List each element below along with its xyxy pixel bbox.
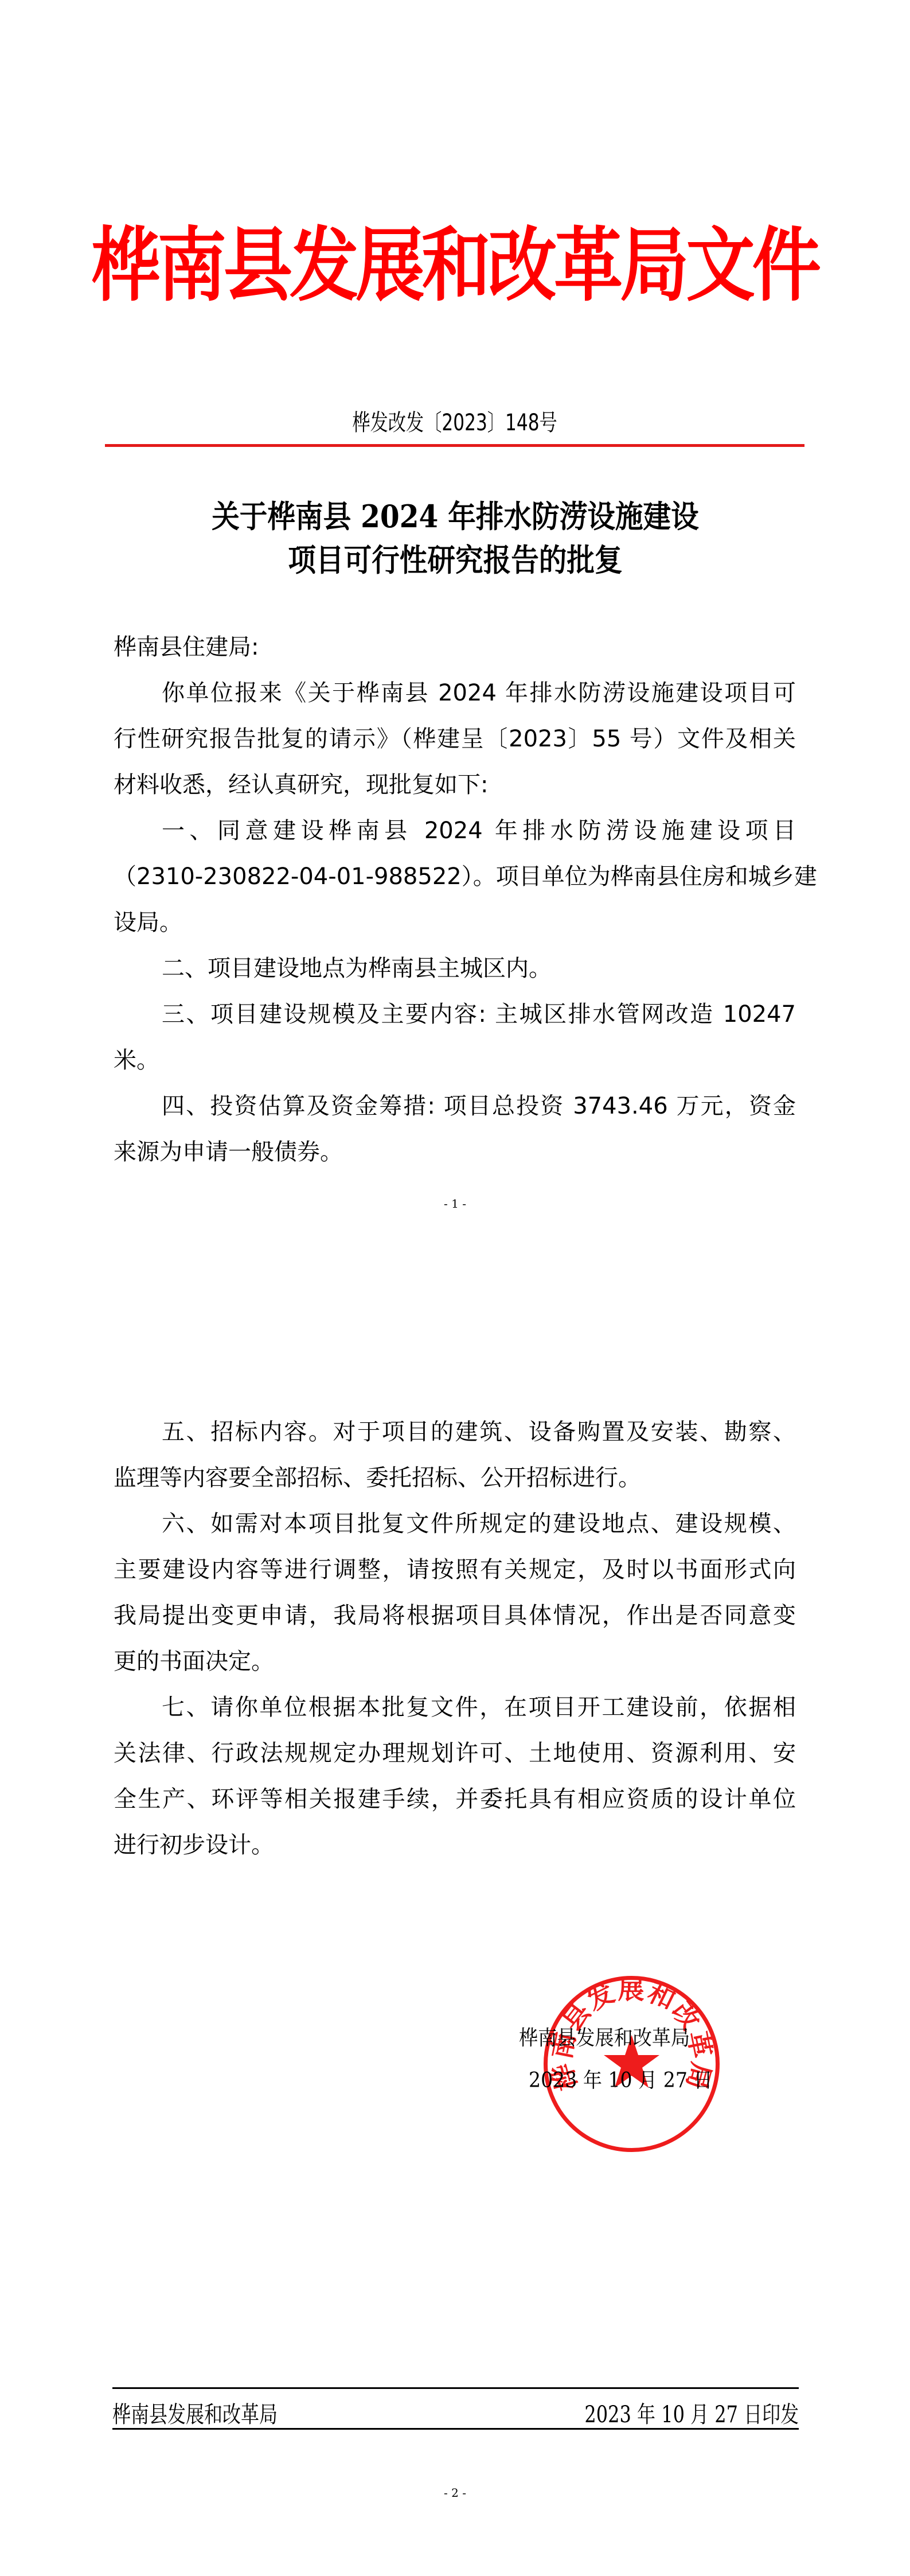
paragraph-line: 来源为申请一般债券。 (114, 1129, 796, 1175)
page-number-1: - 1 - (0, 1197, 910, 1211)
page2-body: 五、招标内容。对于项目的建筑、设备购置及安装、勘察、 监理等内容要全部招标、委托… (114, 1409, 796, 1868)
paragraph-line: 我局提出变更申请，我局将根据项目具体情况，作出是否同意变 (114, 1593, 796, 1639)
paragraph-line: 设局。 (114, 900, 796, 945)
paragraph-item-4: 四、投资估算及资金筹措: 项目总投资 3743.46 万元，资金 (114, 1083, 796, 1129)
footer-top-rule (112, 2387, 799, 2389)
subject-title: 关于桦南县 2024 年排水防涝设施建设 项目可行性研究报告的批复 (0, 495, 910, 582)
paragraph-line: 主要建设内容等进行调整，请按照有关规定，及时以书面形式向 (114, 1547, 796, 1593)
footer-bottom-rule (112, 2428, 799, 2430)
signature-organization: 桦南县发展和改革局 (519, 2026, 748, 2051)
paragraph-line: 材料收悉，经认真研究，现批复如下: (114, 762, 796, 808)
page1-body: 你单位报来《关于桦南县 2024 年排水防涝设施建设项目可 行性研究报告批复的请… (114, 670, 796, 1175)
paragraph-line: 监理等内容要全部招标、委托招标、公开招标进行。 (114, 1455, 796, 1501)
footer-issue-date: 2023 年 10 月 27 日印发 (531, 2402, 799, 2428)
red-separator-line (105, 444, 804, 447)
paragraph-item-5: 五、招标内容。对于项目的建筑、设备购置及安装、勘察、 (114, 1409, 796, 1455)
paragraph-line: 米。 (114, 1037, 796, 1083)
document-number: 桦发改发〔2023〕148号 (0, 408, 910, 437)
footer-issuer: 桦南县发展和改革局 (112, 2402, 319, 2428)
masthead-title: 桦南县发展和改革局文件 (0, 217, 910, 314)
subject-line-1: 关于桦南县 2024 年排水防涝设施建设 (0, 495, 910, 538)
paragraph-line: 行性研究报告批复的请示》（桦建呈〔2023〕55 号）文件及相关 (114, 716, 796, 762)
paragraph-item-3: 三、项目建设规模及主要内容: 主城区排水管网改造 10247 (114, 991, 796, 1037)
paragraph-item-1: 一、同意建设桦南县 2024 年排水防涝设施建设项目 (114, 808, 796, 854)
addressee: 桦南县住建局: (114, 624, 796, 670)
paragraph-item-6: 六、如需对本项目批复文件所规定的建设地点、建设规模、 (114, 1501, 796, 1547)
paragraph-line: 全生产、环评等相关报建手续，并委托具有相应资质的设计单位 (114, 1776, 796, 1822)
signature-date: 2023 年 10 月 27 日 (529, 2068, 758, 2094)
paragraph-line: 关法律、行政法规规定办理规划许可、土地使用、资源利用、安 (114, 1730, 796, 1776)
page-number-2: - 2 - (0, 2486, 910, 2500)
paragraph-line: 你单位报来《关于桦南县 2024 年排水防涝设施建设项目可 (114, 670, 796, 716)
official-seal-stamp: 桦南县发展和改革局 (542, 1975, 721, 2153)
subject-line-2: 项目可行性研究报告的批复 (0, 538, 910, 582)
paragraph-item-7: 七、请你单位根据本批复文件，在项目开工建设前，依据相 (114, 1684, 796, 1730)
paragraph-item-2: 二、项目建设地点为桦南县主城区内。 (114, 945, 796, 991)
paragraph-line: 更的书面决定。 (114, 1639, 796, 1684)
paragraph-line: （2310-230822-04-01-988522）。项目单位为桦南县住房和城乡… (114, 854, 796, 900)
paragraph-line: 进行初步设计。 (114, 1822, 796, 1868)
